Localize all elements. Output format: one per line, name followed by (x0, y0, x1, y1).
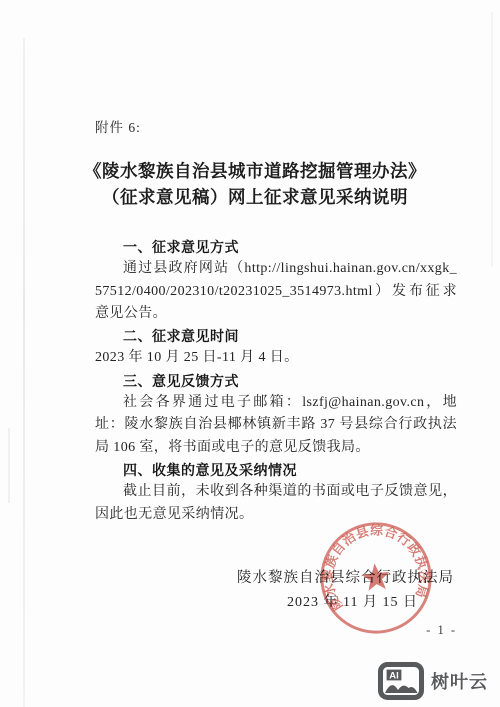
sections: 一、征求意见方式通过县政府网站（http://lingshui.hainan.g… (95, 236, 457, 526)
attachment-label: 附件 6: (95, 116, 141, 136)
section-paragraph: 通过县政府网站（http://lingshui.hainan.gov.cn/xx… (95, 258, 457, 325)
section-paragraph: 2023 年 10 月 25 日-11 月 4 日。 (95, 347, 457, 369)
scan-artifact-line (491, 12, 493, 267)
section-heading: 二、征求意见时间 (95, 325, 457, 347)
page-number: - 1 - (426, 623, 457, 638)
scan-artifact-line (8, 428, 10, 503)
watermark-logo: AI 树叶云 (378, 662, 488, 700)
document-title: 《陵水黎族自治县城市道路挖掘管理办法》 （征求意见稿）网上征求意见采纳说明 (60, 158, 450, 210)
scan-artifact-line (23, 38, 25, 707)
document-title-line2: （征求意见稿）网上征求意见采纳说明 (60, 184, 450, 210)
official-seal-graphic: 陵水黎族自治县综合行政执法局 (311, 513, 441, 643)
document-title-line1: 《陵水黎族自治县城市道路挖掘管理办法》 (60, 158, 450, 184)
section-heading: 四、收集的意见及采纳情况 (95, 459, 457, 481)
ai-image-icon: AI (378, 662, 424, 700)
scanned-document-page: 附件 6: 《陵水黎族自治县城市道路挖掘管理办法》 （征求意见稿）网上征求意见采… (0, 0, 500, 707)
section-heading: 三、意见反馈方式 (95, 370, 457, 392)
ai-icon-label: AI (389, 671, 399, 682)
section-heading: 一、征求意见方式 (95, 236, 457, 258)
watermark-brand-text: 树叶云 (431, 668, 488, 694)
official-seal: 陵水黎族自治县综合行政执法局 (311, 513, 441, 643)
section-paragraph: 社会各界通过电子邮箱：lszfj@hainan.gov.cn，地址：陵水黎族自治… (95, 392, 457, 459)
seal-star-icon (361, 562, 392, 591)
